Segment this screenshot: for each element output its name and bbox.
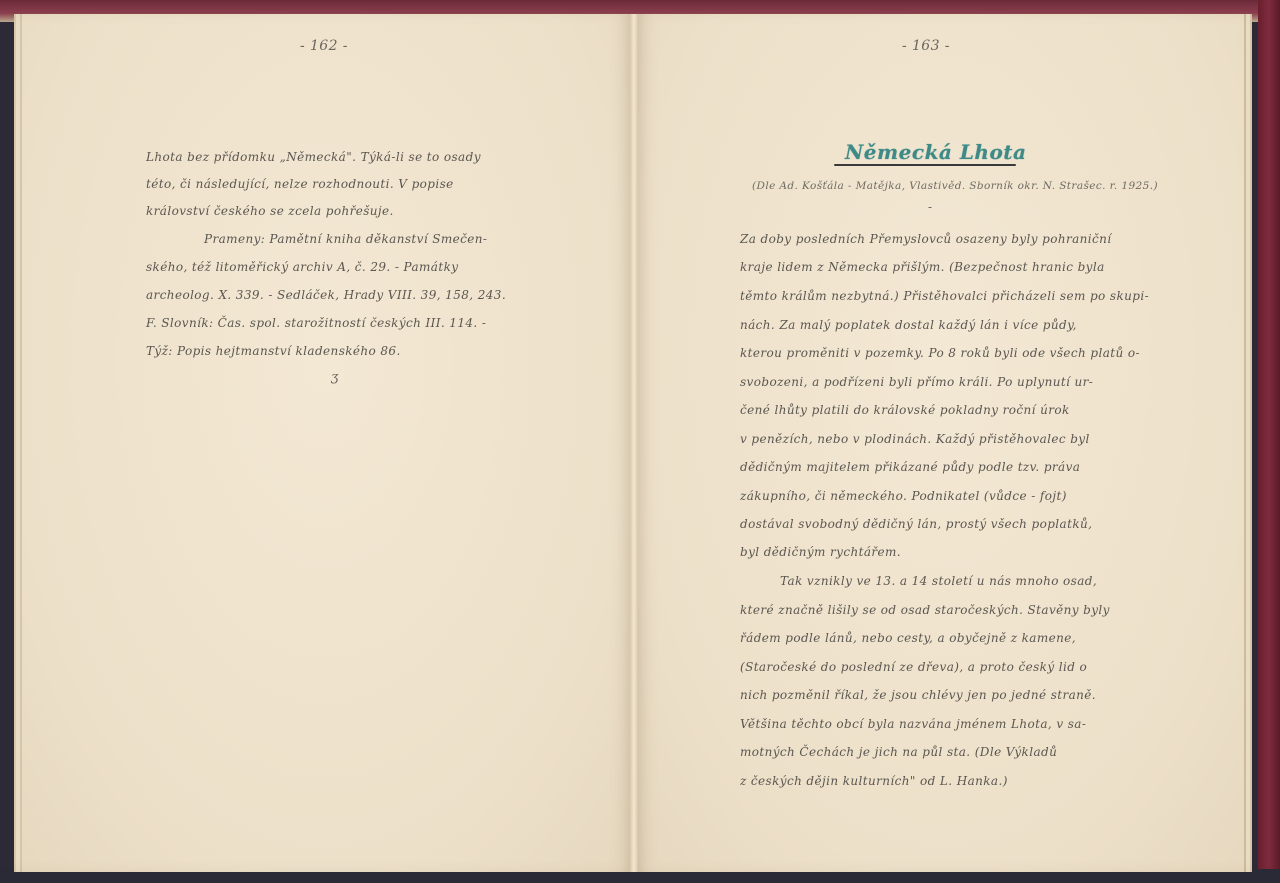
book-gutter <box>630 14 638 872</box>
right-text-line: dědičným majitelem přikázané půdy podle … <box>740 460 1080 474</box>
right-text-line: Tak vznikly ve 13. a 14 století u nás mn… <box>780 574 1097 588</box>
book-cover-right-edge <box>1258 0 1280 883</box>
right-text-line: svobozeni, a podřízeni byli přímo králi.… <box>740 375 1093 389</box>
left-text-line: Prameny: Pamětní kniha děkanství Smečen- <box>204 232 487 246</box>
end-mark: ʒ <box>331 370 339 385</box>
right-text-line: Většina těchto obcí byla nazvána jménem … <box>740 717 1086 731</box>
right-text-line: řádem podle lánů, nebo cesty, a obyčejně… <box>740 631 1076 645</box>
right-text-line: byl dědičným rychtářem. <box>740 545 901 559</box>
title-underline <box>834 164 1016 166</box>
left-text-line: ského, též litoměřický archiv A, č. 29. … <box>146 260 458 274</box>
right-text-line: které značně lišily se od osad staročesk… <box>740 603 1110 617</box>
right-text-line: dostával svobodný dědičný lán, prostý vš… <box>740 517 1092 531</box>
left-page <box>14 14 634 872</box>
right-text-line: z českých dějin kulturních" od L. Hanka.… <box>740 774 1008 788</box>
left-page-number: - 162 - <box>300 38 348 54</box>
right-text-line: motných Čechách je jich na půl sta. (Dle… <box>740 745 1057 759</box>
page-title: Německá Lhota <box>845 140 1027 164</box>
right-text-line: (Staročeské do poslední ze dřeva), a pro… <box>740 660 1087 674</box>
left-text-line: Lhota bez přídomku „Německá". Týká-li se… <box>146 150 481 164</box>
right-text-line: Za doby posledních Přemyslovců osazeny b… <box>740 232 1112 246</box>
right-text-line: nich pozměnil říkal, že jsou chlévy jen … <box>740 688 1096 702</box>
right-text-line: těmto králům nezbytná.) Přistěhovalci př… <box>740 289 1149 303</box>
left-text-line: Týž: Popis hejtmanství kladenského 86. <box>146 344 401 358</box>
right-text-line: kterou proměniti v pozemky. Po 8 roků by… <box>740 346 1140 360</box>
separator-dash: - <box>928 200 932 214</box>
left-text-line: archeolog. X. 339. - Sedláček, Hrady VII… <box>146 288 506 302</box>
right-text-line: čené lhůty platili do královské pokladny… <box>740 403 1070 417</box>
left-text-line: F. Slovník: Čas. spol. starožitností čes… <box>146 316 486 330</box>
right-text-line: v penězích, nebo v plodinách. Každý přis… <box>740 432 1090 446</box>
left-text-line: této, či následující, nelze rozhodnouti.… <box>146 177 454 191</box>
right-page-number: - 163 - <box>902 38 950 54</box>
right-text-line: kraje lidem z Německa přišlým. (Bezpečno… <box>740 260 1105 274</box>
left-text-line: království českého se zcela pohřešuje. <box>146 204 394 218</box>
right-text-line: nách. Za malý poplatek dostal každý lán … <box>740 318 1077 332</box>
right-text-line: zákupního, či německého. Podnikatel (vůd… <box>740 489 1067 503</box>
source-citation: (Dle Ad. Košťála - Matějka, Vlastivěd. S… <box>752 180 1158 192</box>
